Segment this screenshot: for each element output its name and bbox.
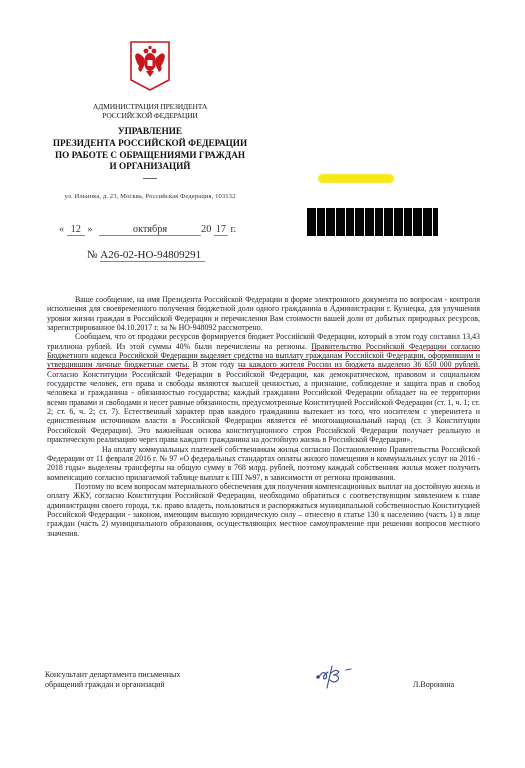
department-line-4: И ОРГАНИЗАЦИЙ bbox=[30, 161, 270, 173]
signatory-position: Консультант департамента письменных обра… bbox=[45, 670, 180, 690]
paragraph-1: Ваше сообщение, на имя Президента Россий… bbox=[47, 295, 480, 332]
russian-coat-of-arms-icon bbox=[129, 40, 171, 92]
paragraph-2: Сообщаем, что от продажи ресурсов формир… bbox=[47, 332, 480, 444]
date-day: 12 bbox=[67, 224, 85, 236]
paragraph-4: Поэтому по всем вопросам материального о… bbox=[47, 482, 480, 538]
date-year-mark: г. bbox=[231, 224, 237, 235]
document-number-prefix: № bbox=[87, 249, 98, 261]
paragraph-2-mid: В этом году bbox=[189, 360, 238, 369]
underlined-passage-amount: на каждого жителя России из бюджета выде… bbox=[238, 360, 480, 369]
handwritten-signature-icon bbox=[314, 660, 364, 690]
department-line-2: ПРЕЗИДЕНТА РОССИЙСКОЙ ФЕДЕРАЦИИ bbox=[30, 138, 270, 150]
department-line-3: ПО РАБОТЕ С ОБРАЩЕНИЯМИ ГРАЖДАН bbox=[30, 150, 270, 162]
position-line-1: Консультант департамента письменных bbox=[45, 670, 180, 680]
paragraph-2-end: Согласно Конституции Российской Федераци… bbox=[47, 370, 480, 444]
header-divider bbox=[143, 178, 157, 179]
administration-line-1: АДМИНИСТРАЦИЯ ПРЕЗИДЕНТА bbox=[40, 102, 260, 111]
administration-line-2: РОССИЙСКОЙ ФЕДЕРАЦИИ bbox=[40, 111, 260, 120]
date-quote-close: » bbox=[87, 224, 92, 235]
letterhead-address: ул. Ильинка, д. 23, Москва, Российская Ф… bbox=[30, 193, 270, 200]
redaction-barcode bbox=[307, 208, 438, 236]
administration-header: АДМИНИСТРАЦИЯ ПРЕЗИДЕНТА РОССИЙСКОЙ ФЕДЕ… bbox=[40, 102, 260, 120]
document-date: « 12 » октября20 17 г. bbox=[59, 224, 236, 236]
redaction-highlight bbox=[318, 174, 394, 183]
letter-body: Ваше сообщение, на имя Президента Россий… bbox=[47, 295, 480, 538]
signatory-name: Л.Воронина bbox=[413, 680, 454, 689]
paragraph-3: На оплату коммунальных платежей собствен… bbox=[47, 445, 480, 482]
date-month: октября bbox=[99, 224, 201, 236]
date-quote-open: « bbox=[59, 224, 64, 235]
date-year-prefix: 20 bbox=[201, 224, 211, 235]
department-line-1: УПРАВЛЕНИЕ bbox=[30, 126, 270, 138]
document-number: № А26-02-НО-94809291 bbox=[87, 249, 205, 261]
document-number-value: А26-02-НО-94809291 bbox=[100, 249, 205, 262]
department-header: УПРАВЛЕНИЕ ПРЕЗИДЕНТА РОССИЙСКОЙ ФЕДЕРАЦ… bbox=[30, 126, 270, 173]
date-year-suffix: 17 bbox=[214, 224, 228, 236]
position-line-2: обращений граждан и организаций bbox=[45, 680, 180, 690]
